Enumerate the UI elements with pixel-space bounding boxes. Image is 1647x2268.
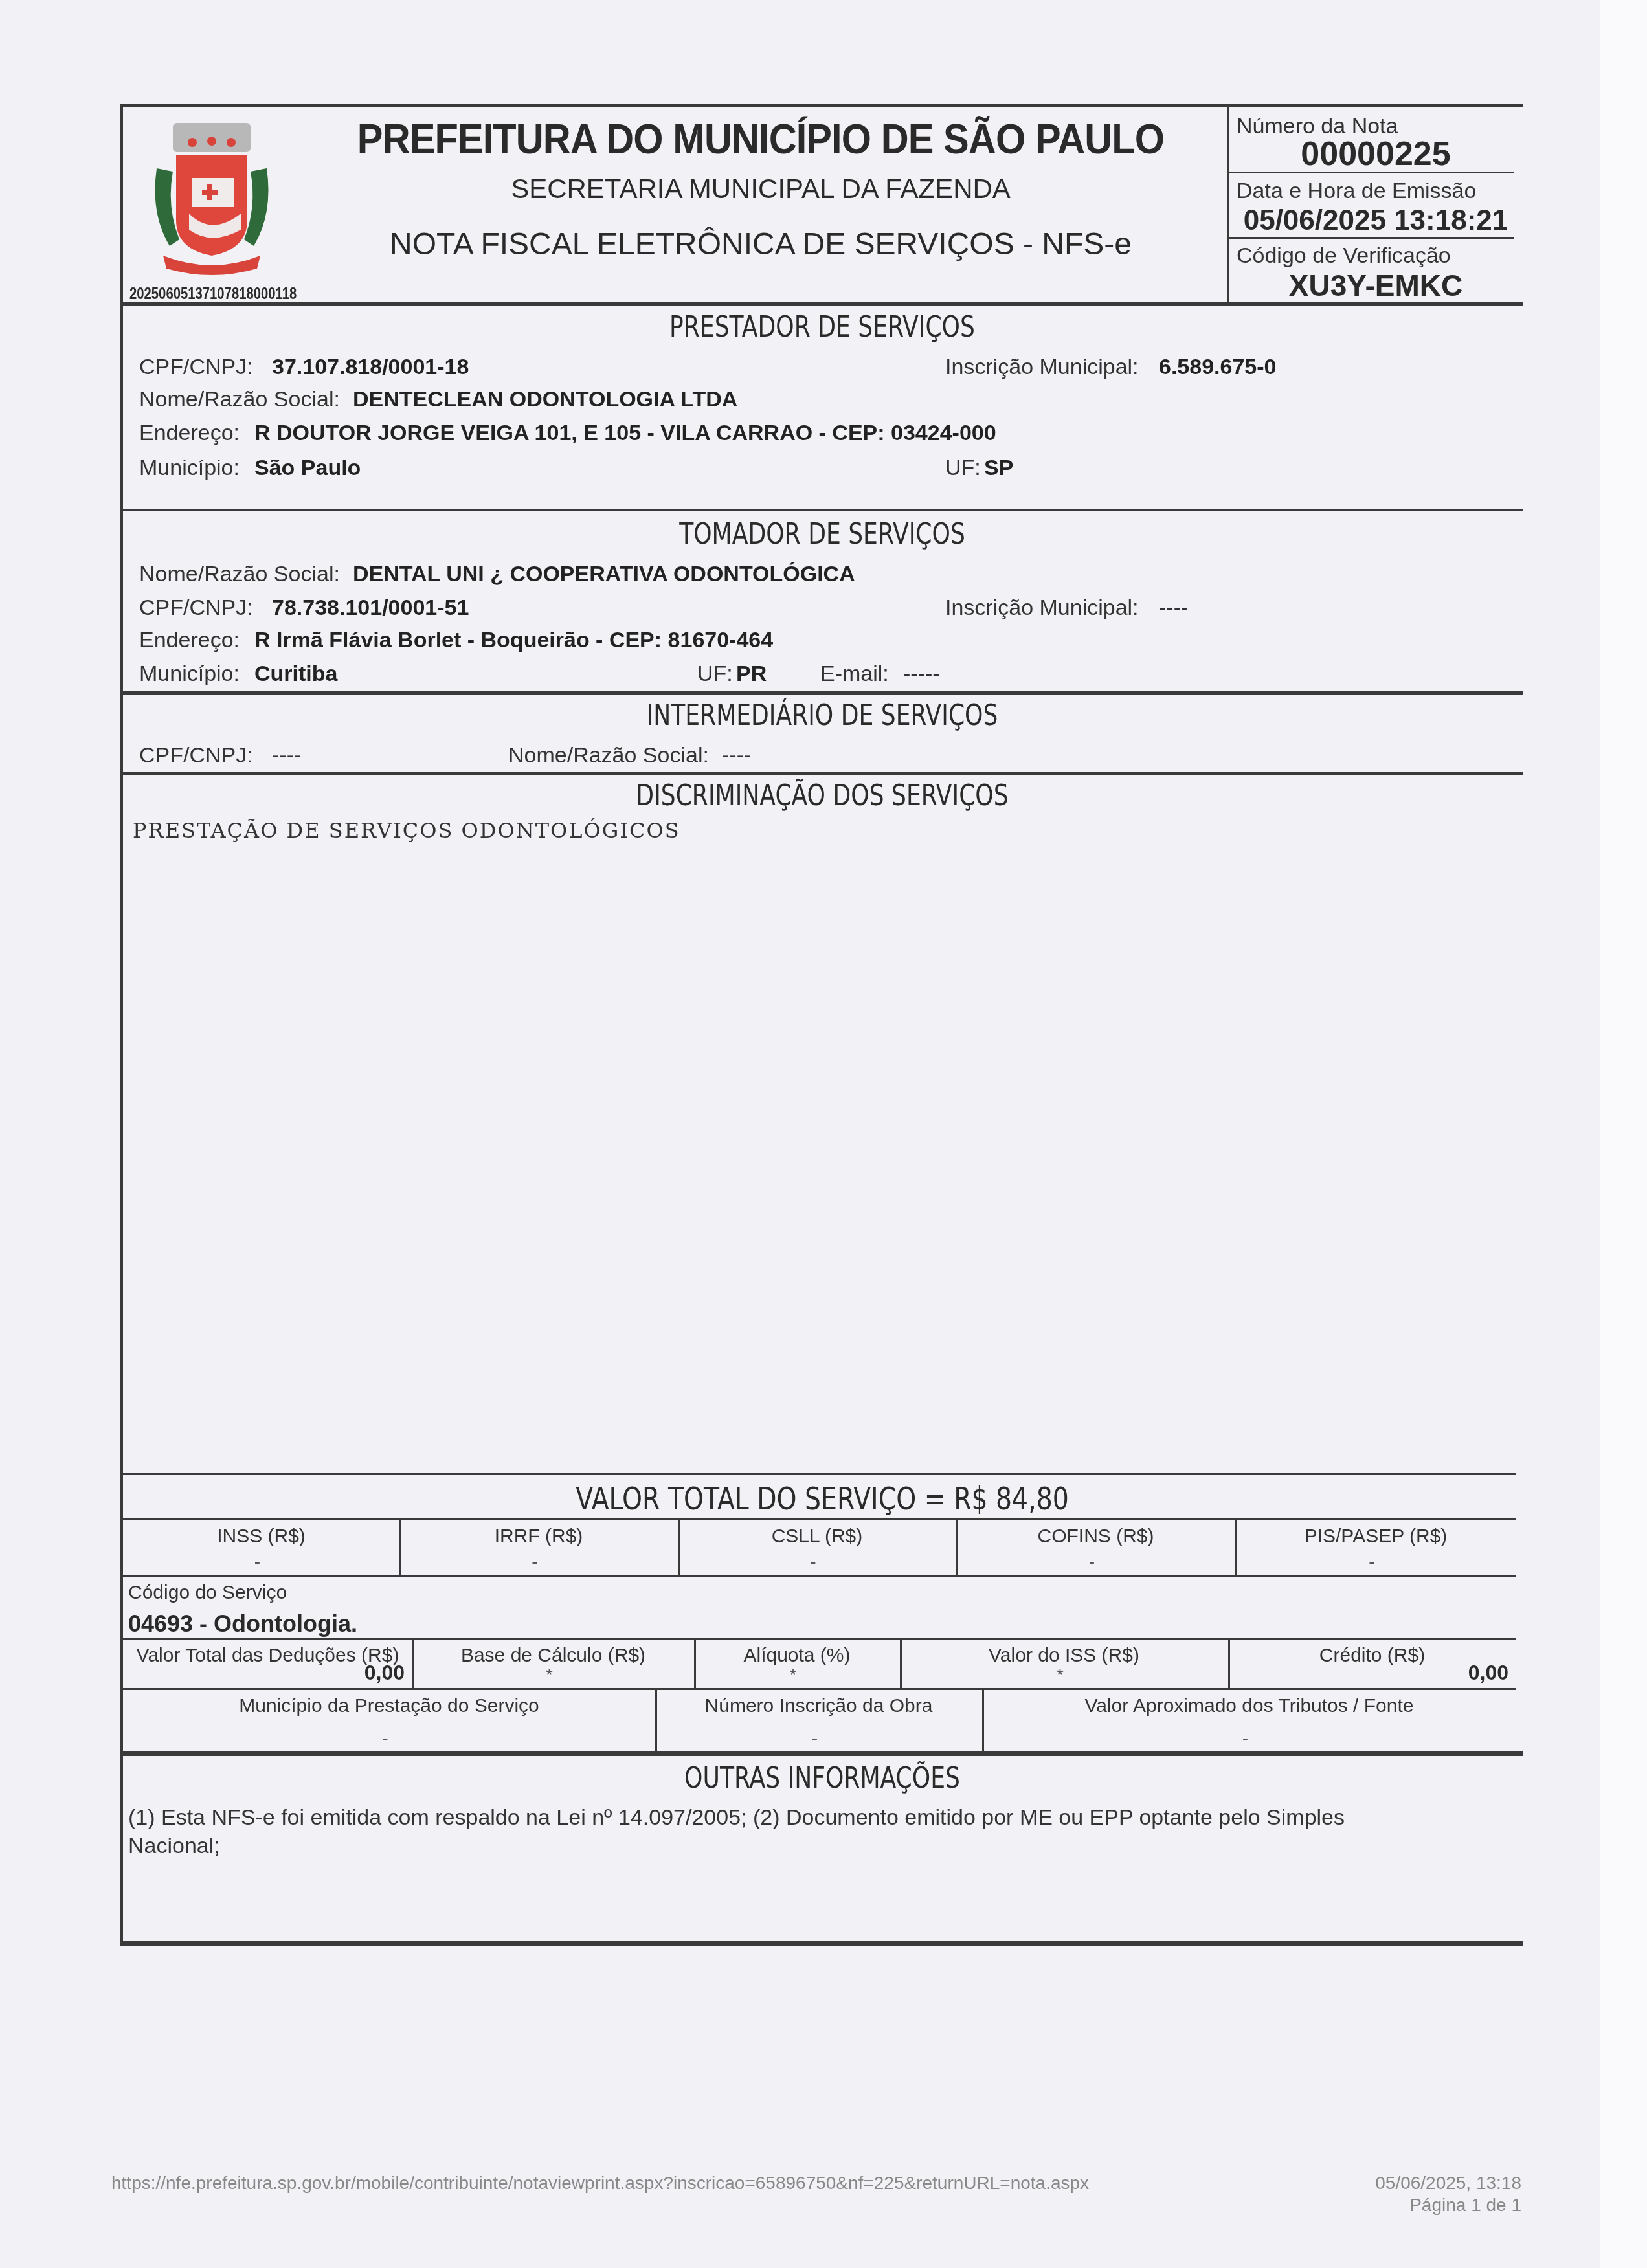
- barcode-text: 20250605137107818000118: [129, 283, 297, 304]
- footer-page: Página 1 de 1: [1347, 2195, 1521, 2216]
- valor-total-bottom-line: [120, 1518, 1516, 1520]
- intermediario-nome: ----: [722, 743, 751, 768]
- prestador-endereco-label: Endereço:: [139, 421, 240, 446]
- extra-value: -: [982, 1728, 1508, 1749]
- prestador-bottom-line: [120, 509, 1523, 511]
- coat-of-arms-icon: [144, 117, 280, 278]
- intermediario-nome-label: Nome/Razão Social:: [508, 743, 709, 768]
- iss-value: *: [412, 1665, 686, 1685]
- prestador-nome-label: Nome/Razão Social:: [139, 387, 340, 412]
- extra-bottom-line: [120, 1751, 1523, 1756]
- tributo-label: COFINS (R$): [956, 1526, 1235, 1548]
- header-title: PREFEITURA DO MUNICÍPIO DE SÃO PAULO: [336, 115, 1185, 163]
- codigo-servico-value: 04693 - Odontologia.: [128, 1610, 357, 1638]
- tomador-im-label: Inscrição Municipal:: [945, 595, 1139, 621]
- iss-bottom-line: [120, 1688, 1516, 1690]
- tributos-bottom-line: [120, 1575, 1516, 1577]
- tributo-value: -: [399, 1551, 670, 1572]
- prestador-municipio-label: Município:: [139, 456, 240, 481]
- iss-value: *: [694, 1665, 892, 1685]
- codigo-value: XU3Y-EMKC: [1230, 268, 1521, 303]
- tomador-nome: DENTAL UNI ¿ COOPERATIVA ODONTOLÓGICA: [353, 562, 855, 587]
- tributo-value: -: [956, 1551, 1227, 1572]
- tomador-im: ----: [1159, 595, 1188, 621]
- prestador-uf: SP: [984, 456, 1013, 481]
- extra-value: -: [655, 1728, 974, 1749]
- tomador-email: -----: [903, 661, 940, 687]
- doc-type-title: NOTA FISCAL ELETRÔNICA DE SERVIÇOS - NFS…: [304, 227, 1217, 262]
- iss-value: *: [900, 1665, 1220, 1685]
- data-label: Data e Hora de Emissão: [1237, 179, 1476, 204]
- numero-value: 00000225: [1230, 135, 1521, 173]
- iss-value: 0,00: [123, 1661, 405, 1685]
- prestador-title: PRESTADOR DE SERVIÇOS: [249, 311, 1395, 344]
- extra-label: Município da Prestação do Serviço: [123, 1695, 655, 1717]
- tomador-cnpj-label: CPF/CNPJ:: [139, 595, 253, 621]
- tomador-email-label: E-mail:: [820, 661, 889, 687]
- tributo-value: -: [1235, 1551, 1508, 1572]
- prestador-uf-label: UF:: [945, 456, 981, 481]
- prestador-im-label: Inscrição Municipal:: [945, 355, 1139, 380]
- extra-value: -: [123, 1728, 647, 1749]
- header-right-line-1: [1229, 172, 1514, 173]
- tomador-title: TOMADOR DE SERVIÇOS: [249, 518, 1395, 551]
- iss-label: Alíquota (%): [694, 1645, 900, 1667]
- intermediario-cnpj-label: CPF/CNPJ:: [139, 743, 253, 768]
- tomador-uf: PR: [736, 661, 767, 687]
- tomador-endereco: R Irmã Flávia Borlet - Boqueirão - CEP: …: [254, 628, 773, 653]
- codigo-servico-label: Código do Serviço: [128, 1582, 287, 1604]
- tributo-label: IRRF (R$): [399, 1526, 678, 1548]
- prestador-im: 6.589.675-0: [1159, 355, 1277, 380]
- outras-title: OUTRAS INFORMAÇÕES: [249, 1762, 1395, 1795]
- prestador-municipio: São Paulo: [254, 456, 361, 481]
- tributo-label: PIS/PASEP (R$): [1235, 1526, 1516, 1548]
- iss-value: 0,00: [1228, 1661, 1508, 1685]
- discriminacao-bottom-line: [120, 1473, 1516, 1475]
- codigo-bottom-line: [120, 1638, 1516, 1640]
- codigo-label: Código de Verificação: [1237, 243, 1451, 269]
- header-divider: [1227, 104, 1229, 306]
- prestador-cnpj-label: CPF/CNPJ:: [139, 355, 253, 380]
- footer-url[interactable]: https://nfe.prefeitura.sp.gov.br/mobile/…: [111, 2173, 1089, 2194]
- discriminacao-title: DISCRIMINAÇÃO DOS SERVIÇOS: [249, 779, 1395, 812]
- tomador-nome-label: Nome/Razão Social:: [139, 562, 340, 587]
- tributo-label: CSLL (R$): [678, 1526, 956, 1548]
- valor-total: VALOR TOTAL DO SERVIÇO = R$ 84,80: [249, 1481, 1395, 1517]
- data-value: 05/06/2025 13:18:21: [1230, 205, 1521, 237]
- prestador-cnpj: 37.107.818/0001-18: [272, 355, 469, 380]
- iss-label: Base de Cálculo (R$): [412, 1645, 694, 1667]
- frame-bottom: [120, 1941, 1523, 1946]
- discriminacao-text: PRESTAÇÃO DE SERVIÇOS ODONTOLÓGICOS: [133, 818, 680, 843]
- secretaria-title: SECRETARIA MUNICIPAL DA FAZENDA: [304, 173, 1217, 205]
- extra-label: Número Inscrição da Obra: [655, 1695, 982, 1717]
- iss-label: Valor do ISS (R$): [900, 1645, 1228, 1667]
- tomador-cnpj: 78.738.101/0001-51: [272, 595, 469, 621]
- extra-label: Valor Aproximado dos Tributos / Fonte: [982, 1695, 1516, 1717]
- header-bottom-line: [120, 302, 1523, 306]
- prestador-nome: DENTECLEAN ODONTOLOGIA LTDA: [353, 387, 737, 412]
- tributo-value: -: [123, 1551, 392, 1572]
- scan-margin: [1600, 0, 1647, 2268]
- prestador-endereco: R DOUTOR JORGE VEIGA 101, E 105 - VILA C…: [254, 421, 996, 446]
- intermediario-cnpj: ----: [272, 743, 301, 768]
- tomador-bottom-line: [120, 691, 1523, 695]
- tomador-endereco-label: Endereço:: [139, 628, 240, 653]
- tomador-uf-label: UF:: [697, 661, 733, 687]
- tomador-municipio-label: Município:: [139, 661, 240, 687]
- header-right-line-2: [1229, 237, 1514, 239]
- frame-top: [120, 104, 1523, 107]
- tomador-municipio: Curitiba: [254, 661, 337, 687]
- intermediario-title: INTERMEDIÁRIO DE SERVIÇOS: [249, 699, 1395, 732]
- tributo-label: INSS (R$): [123, 1526, 399, 1548]
- footer-datetime: 05/06/2025, 13:18: [1347, 2173, 1521, 2194]
- outras-text: (1) Esta NFS-e foi emitida com respaldo …: [128, 1803, 1436, 1860]
- intermediario-bottom-line: [120, 772, 1523, 775]
- tributo-value: -: [678, 1551, 948, 1572]
